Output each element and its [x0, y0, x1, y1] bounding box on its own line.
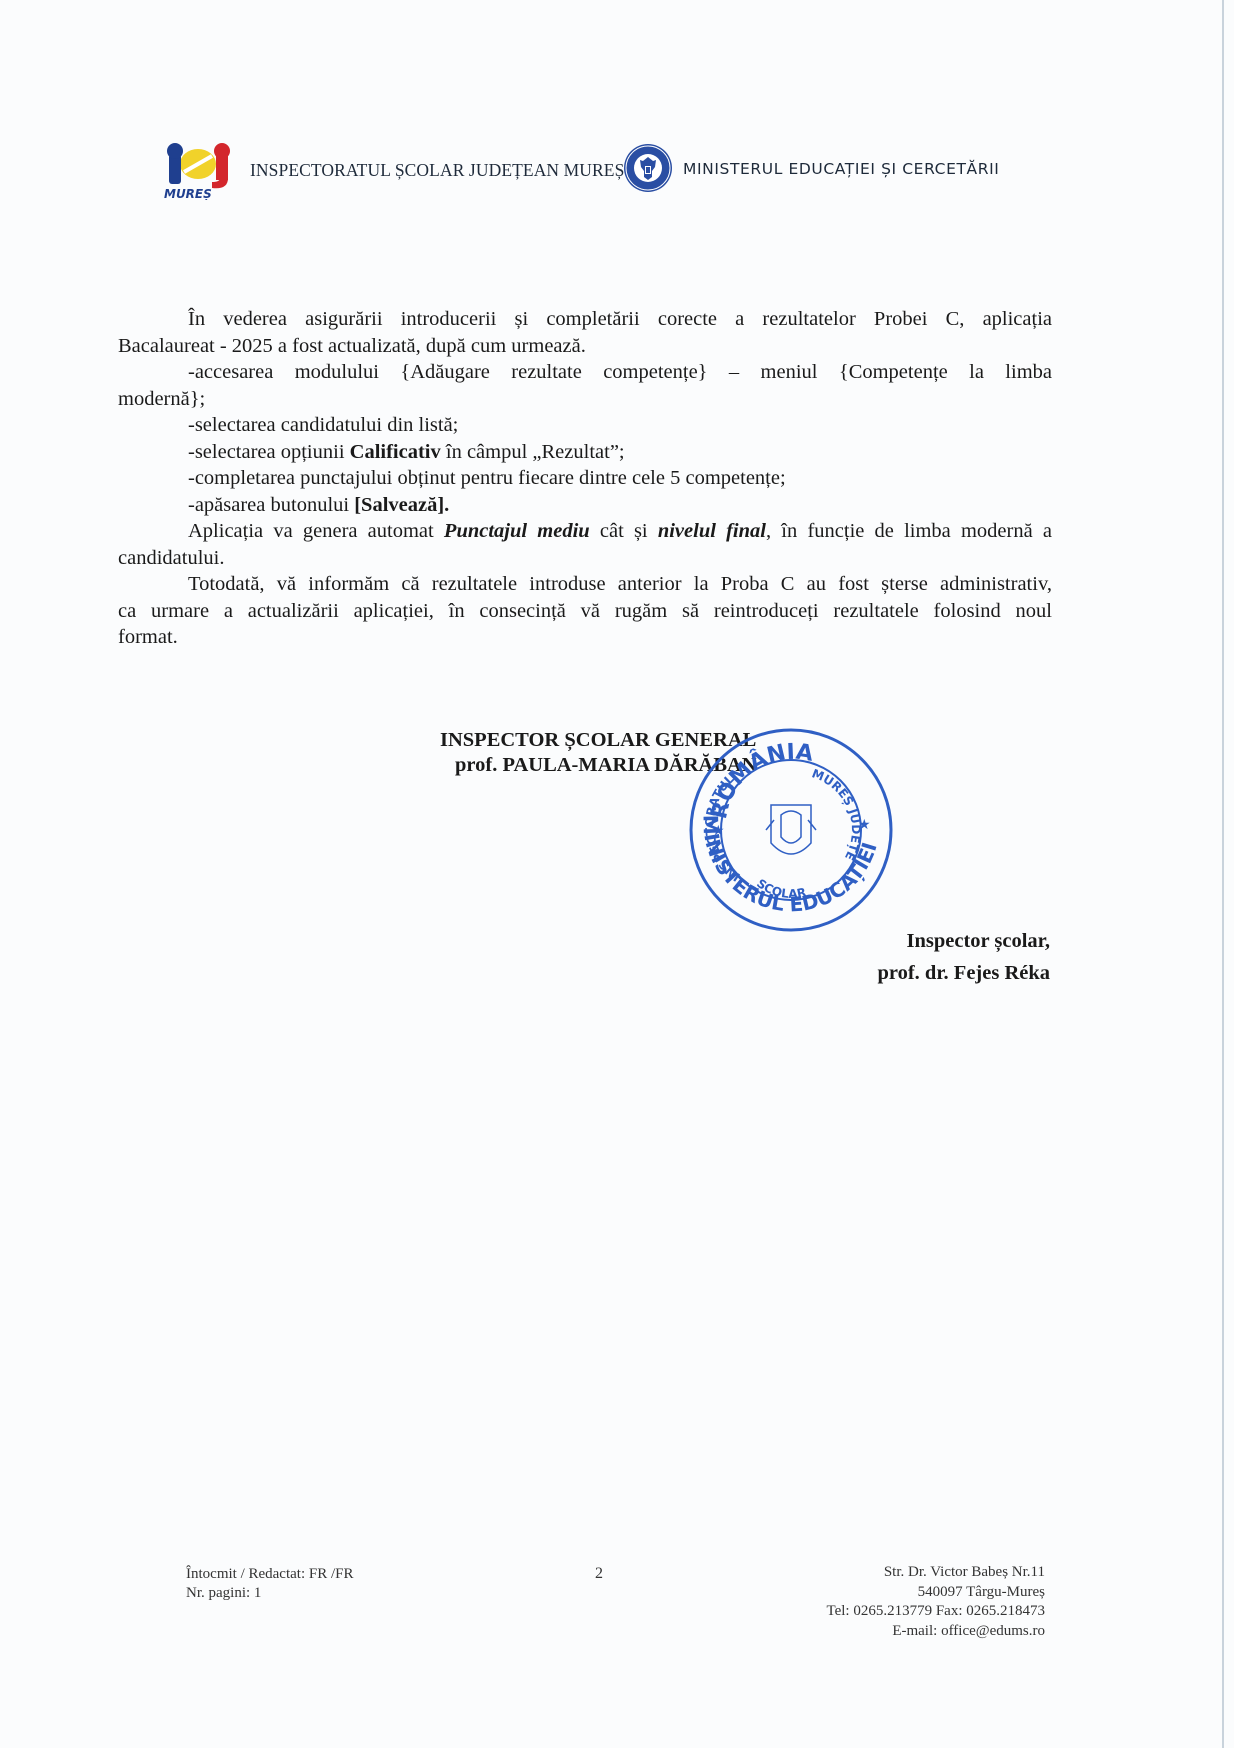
footer-address-line-2: 540097 Târgu-Mureș — [800, 1583, 1045, 1603]
page-number: 2 — [595, 1565, 603, 1583]
generated-suffix: , în funcție de limba modernă a — [766, 520, 1052, 542]
footer-contact: Str. Dr. Victor Babeș Nr.11 540097 Târgu… — [800, 1563, 1045, 1641]
school-inspector-signature: Inspector școlar, prof. dr. Fejes Réka — [850, 925, 1050, 989]
government-seal-icon — [622, 142, 674, 194]
school-inspector-name: prof. dr. Fejes Réka — [850, 957, 1050, 989]
step-5-bold: [Salvează]. — [354, 494, 449, 516]
generated-line-2: candidatului. — [118, 545, 1052, 572]
svg-text:ROMÂNIA: ROMÂNIA — [707, 740, 815, 822]
footer-prepared: Întocmit / Redactat: FR /FR — [186, 1565, 354, 1584]
svg-text:MUREȘ: MUREȘ — [164, 187, 212, 200]
step-1-line-2: modernă}; — [118, 386, 1052, 413]
step-2: -selectarea candidatului din listă; — [118, 412, 1052, 439]
footer-page-count: Nr. pagini: 1 — [186, 1584, 354, 1603]
footer-prepared-by: Întocmit / Redactat: FR /FR Nr. pagini: … — [186, 1565, 354, 1603]
step-3-suffix: în câmpul „Rezultat”; — [441, 441, 625, 463]
footer-phone-fax: Tel: 0265.213779 Fax: 0265.218473 — [800, 1602, 1045, 1622]
letter-body: În vederea asigurării introducerii și co… — [118, 306, 1052, 651]
notice-line-3: format. — [118, 624, 1052, 651]
generated-line-1: Aplicația va genera automat Punctajul me… — [118, 518, 1052, 545]
nivel-final-term: nivelul final — [658, 520, 766, 542]
svg-text:★: ★ — [712, 823, 725, 839]
step-3: -selectarea opțiunii Calificativ în câmp… — [118, 439, 1052, 466]
step-4: -completarea punctajului obținut pentru … — [118, 465, 1052, 492]
footer-address-line-1: Str. Dr. Victor Babeș Nr.11 — [800, 1563, 1045, 1583]
scan-edge-line — [1222, 0, 1224, 1748]
step-3-prefix: -selectarea opțiunii — [188, 441, 350, 463]
step-3-bold: Calificativ — [350, 441, 441, 463]
step-5-prefix: -apăsarea butonului — [188, 494, 354, 516]
generated-prefix: Aplicația va genera automat — [188, 520, 444, 542]
ministry-name: MINISTERUL EDUCAȚIEI ȘI CERCETĂRII — [683, 160, 999, 178]
school-inspector-title: Inspector școlar, — [850, 925, 1050, 957]
letterhead: MUREȘ INSPECTORATUL ȘCOLAR JUDEȚEAN MURE… — [160, 140, 1020, 200]
official-stamp-icon: ROMÂNIA MINISTERUL EDUCAȚIEI INSPECTORAT… — [686, 725, 896, 935]
svg-text:★: ★ — [858, 817, 871, 833]
notice-line-1: Totodată, vă informăm că rezultatele int… — [118, 571, 1052, 598]
isj-org-name: INSPECTORATUL ȘCOLAR JUDEȚEAN MUREȘ — [250, 160, 624, 181]
step-1-line-1: -accesarea modulului {Adăugare rezultate… — [118, 359, 1052, 386]
intro-line-1: În vederea asigurării introducerii și co… — [118, 306, 1052, 333]
footer-email[interactable]: E-mail: office@edums.ro — [800, 1622, 1045, 1642]
isj-mures-logo-icon: MUREȘ — [160, 142, 240, 200]
generated-middle: cât și — [590, 520, 658, 542]
step-5: -apăsarea butonului [Salvează]. — [118, 492, 1052, 519]
notice-line-2: ca urmare a actualizării aplicației, în … — [118, 598, 1052, 625]
intro-line-2: Bacalaureat - 2025 a fost actualizată, d… — [118, 333, 1052, 360]
punctaj-mediu-term: Punctajul mediu — [444, 520, 590, 542]
